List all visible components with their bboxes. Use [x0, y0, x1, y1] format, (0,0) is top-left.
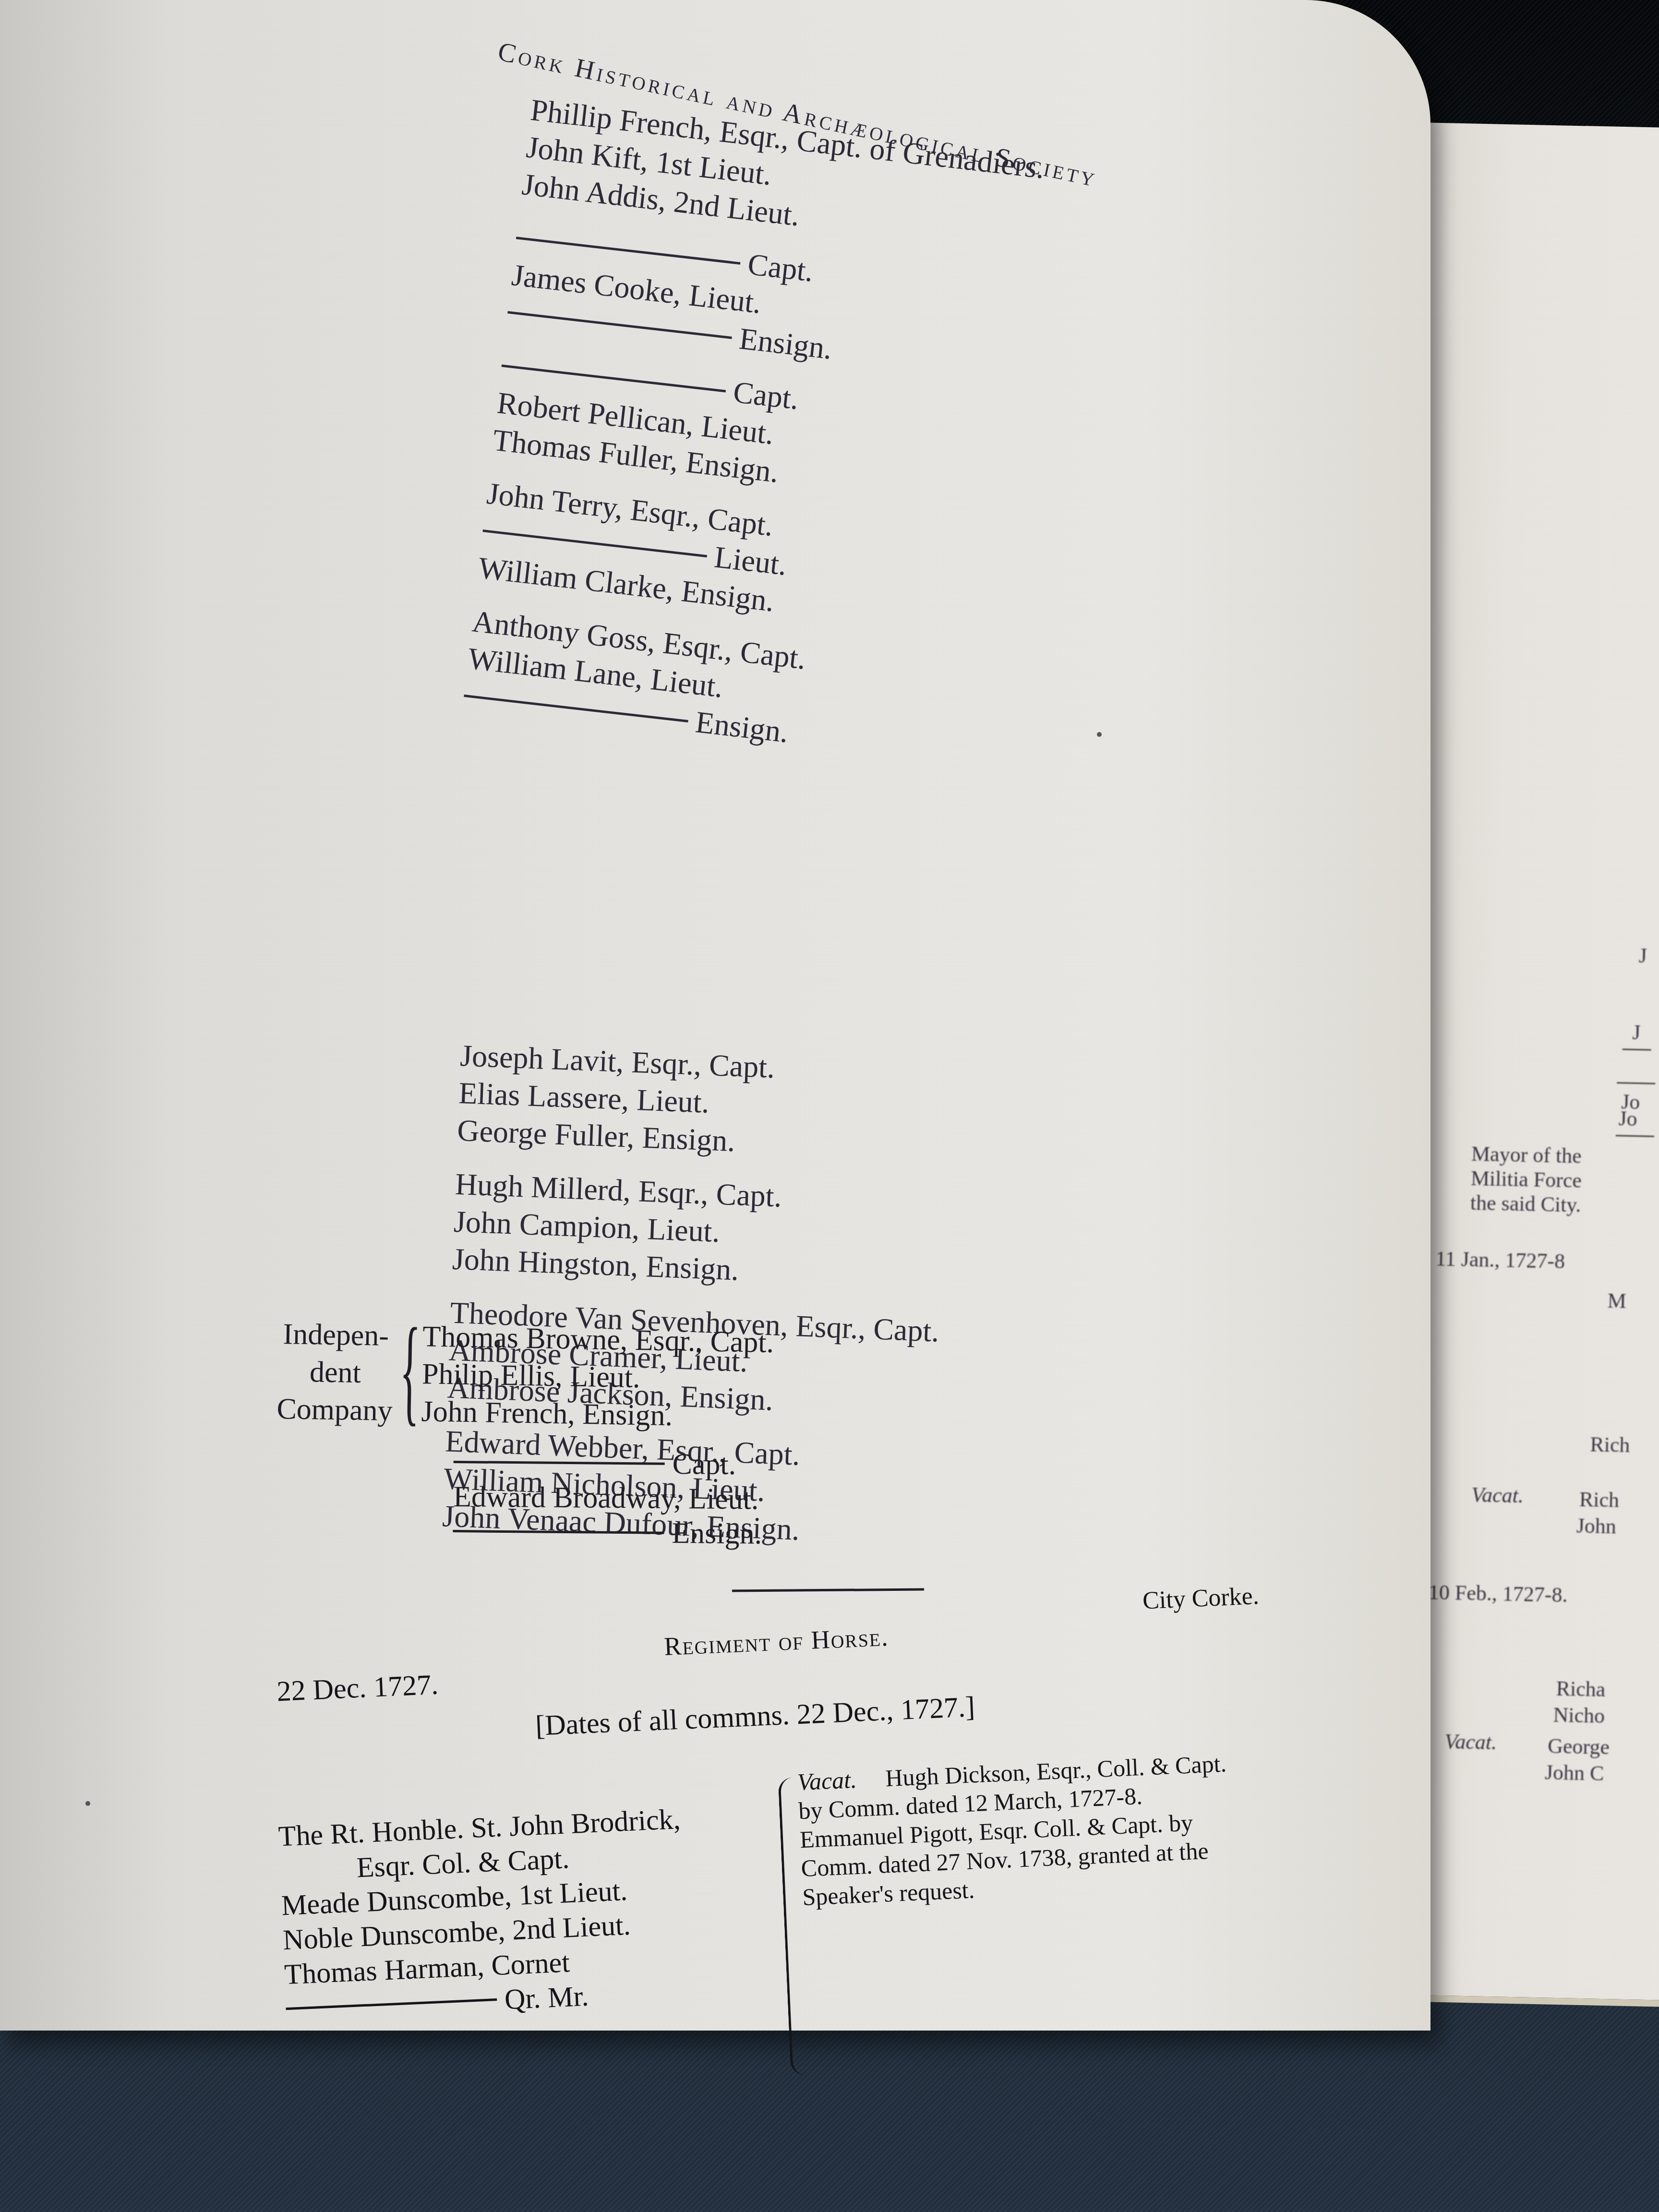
- fragment: Rich: [1579, 1487, 1619, 1513]
- fragment: Rich: [1590, 1432, 1630, 1457]
- date-entry: 11 Jan., 1727-8: [1435, 1246, 1565, 1274]
- dates-note: [Dates of all commns. 22 Dec., 1727.]: [535, 1690, 976, 1743]
- vacant-entry: Capt.: [453, 1445, 762, 1482]
- officer-entry: Philip Ellis, Lieut.: [421, 1355, 773, 1399]
- officer-entry: John French, Ensign.: [421, 1393, 773, 1436]
- fragment: John C: [1545, 1760, 1605, 1786]
- vacat-label: Vacat.: [1444, 1729, 1497, 1755]
- fragment: M: [1607, 1288, 1626, 1313]
- section-place: City Corke.: [1142, 1582, 1260, 1615]
- company-block: Capt. Edward Broadway, Lieut. Ensign.: [453, 1445, 763, 1551]
- section-date: 22 Dec. 1727.: [276, 1668, 439, 1708]
- vacat-note: Vacat.Hugh Dickson, Esqr., Coll. & Capt.…: [797, 1749, 1235, 1911]
- vacant-entry: Ensign.: [453, 1514, 762, 1551]
- fragment: J: [1638, 943, 1647, 968]
- fragment: Richa: [1556, 1676, 1606, 1702]
- independent-company-label: Indepen- dent Company: [276, 1315, 394, 1430]
- company-block: Hugh Millerd, Esqr., Capt. John Campion,…: [452, 1166, 945, 1297]
- blank-rule: [453, 1530, 664, 1534]
- fragment: Jo: [1618, 1106, 1637, 1131]
- blank-rule: [286, 1998, 497, 2010]
- brace-icon: {: [399, 1317, 408, 1430]
- book-page: Cork Historical and Archæological Societ…: [0, 0, 1431, 2031]
- date-entry: 10 Feb., 1727-8.: [1428, 1580, 1568, 1607]
- company-block: Joseph Lavit, Esqr., Capt. Elias Lassere…: [457, 1037, 950, 1168]
- rule: [1616, 1135, 1654, 1137]
- regiment-of-horse-section: 22 Dec. 1727. Regiment of Horse. City Co…: [269, 1572, 1340, 1982]
- fragment: Nicho: [1553, 1703, 1605, 1728]
- officer-entry: Edward Broadway, Lieut.: [453, 1479, 762, 1517]
- vacat-label: Vacat.: [1471, 1482, 1524, 1508]
- officer-entry: Thomas Browne, Esqr., Capt.: [422, 1318, 774, 1361]
- mayor-block: Mayor of the Militia Force the said City…: [1470, 1142, 1582, 1217]
- fragment: J: [1632, 1020, 1641, 1045]
- blank-rule: [454, 1461, 665, 1465]
- blank-rule: [507, 311, 732, 339]
- blank-rule: [464, 695, 688, 722]
- fragment: George: [1548, 1733, 1610, 1759]
- vacat-text: Hugh Dickson, Esqr., Coll. & Capt. by Co…: [798, 1750, 1227, 1911]
- independent-company: Indepen- dent Company { Thomas Browne, E…: [276, 1315, 774, 1436]
- paper-speck: [1097, 732, 1102, 737]
- horse-officers: The Rt. Honble. St. John Brodrick, Esqr.…: [277, 1802, 688, 2026]
- rule: [1623, 1048, 1651, 1050]
- vacat-label: Vacat.: [797, 1766, 857, 1795]
- section-title: Regiment of Horse.: [663, 1622, 889, 1661]
- militia-roster: Phillip French, Esqr., Capt. of Grenadie…: [460, 91, 1046, 789]
- paper-speck: [85, 1801, 90, 1806]
- rule: [1617, 1082, 1655, 1084]
- fragment: John: [1576, 1514, 1616, 1539]
